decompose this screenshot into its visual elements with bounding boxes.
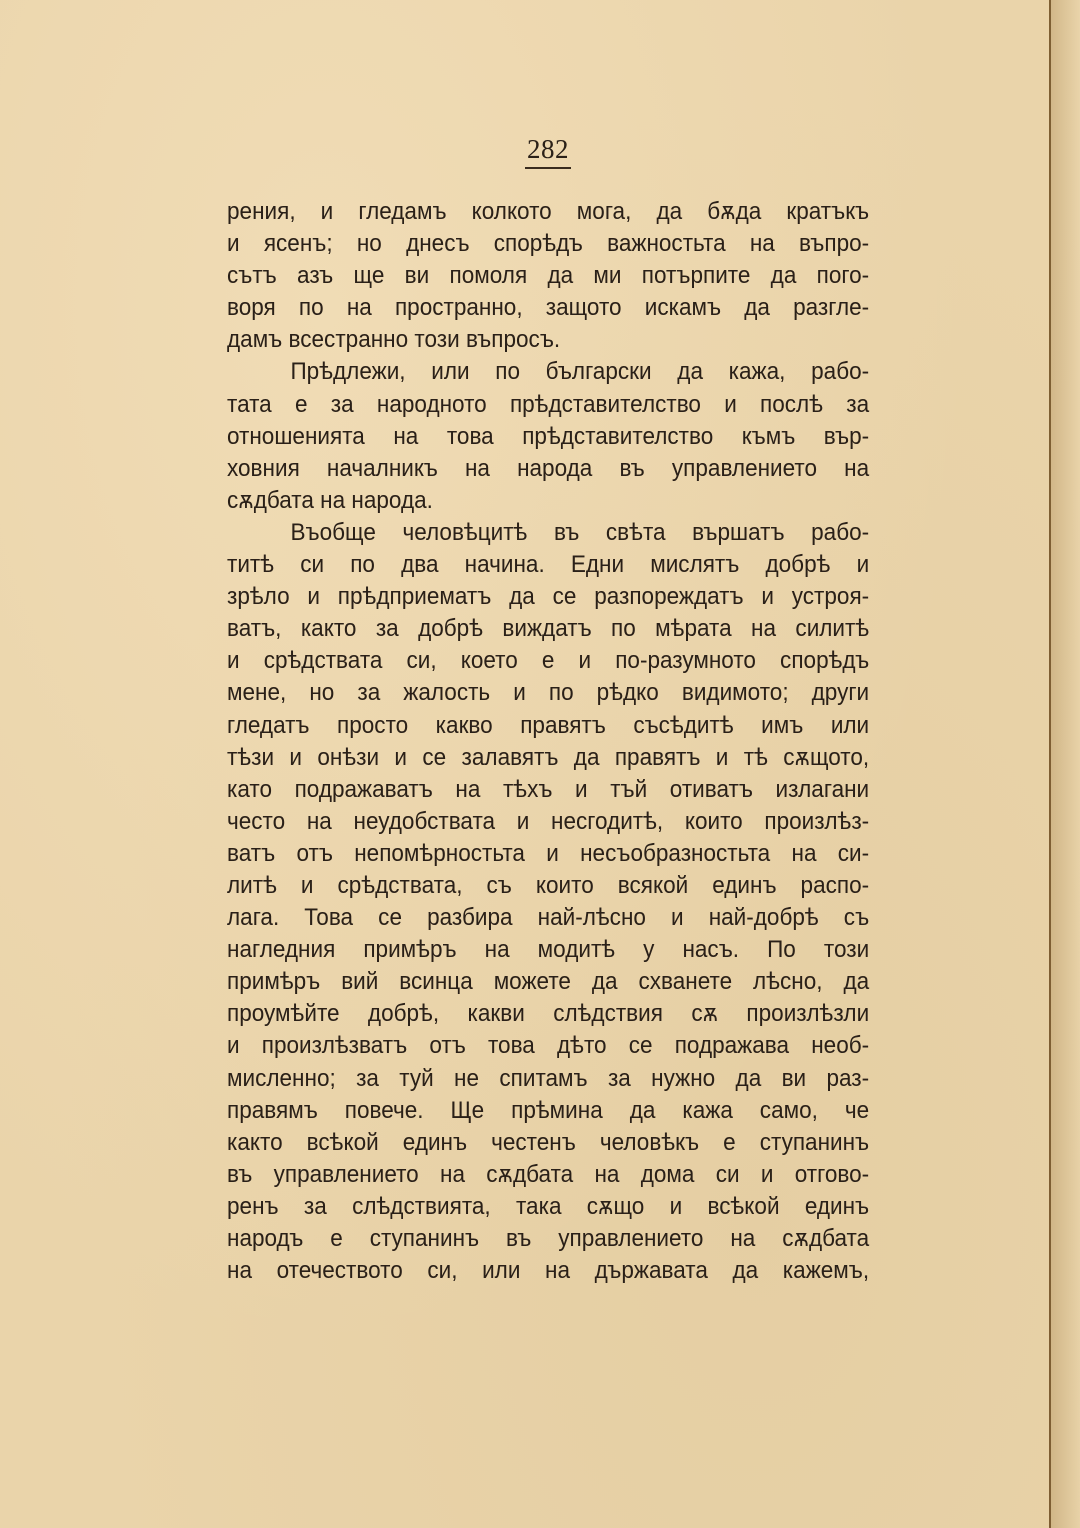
page-edge-line [1049, 0, 1051, 1528]
text-line: сътъ азъ ще ви помоля да ми потърпите да… [227, 260, 869, 292]
text-line: и произлѣзватъ отъ това дѣто се подражав… [227, 1030, 869, 1062]
text-line: Прѣдлежи, или по български да кажа, рабо… [227, 356, 869, 388]
text-line: зрѣло и прѣдприематъ да се разпореждатъ … [227, 581, 869, 613]
text-line: и ясенъ; но днесъ спорѣдъ важностьта на … [227, 228, 869, 260]
text-line: като подражаватъ на тѣхъ и тъй отиватъ и… [227, 774, 869, 806]
text-line: както всѣкой единъ честенъ человѣкъ е ст… [227, 1127, 869, 1159]
text-line: мисленно; за туй не спитамъ за нужно да … [227, 1063, 869, 1095]
text-line: нагледния примѣръ на модитѣ у насъ. По т… [227, 934, 869, 966]
text-line: въ управлението на сѫдбата на дома си и … [227, 1159, 869, 1191]
text-line: ватъ отъ непомѣрностьта и несъобразность… [227, 838, 869, 870]
page-number-rule [525, 167, 571, 169]
text-line: дамъ всестранно този въпросъ. [227, 324, 869, 356]
text-line: тата е за народното прѣдставителство и п… [227, 389, 869, 421]
paragraph-2: Прѣдлежи, или по български да кажа, рабо… [227, 356, 818, 516]
text-line: гледатъ просто какво правятъ съсѣдитѣ им… [227, 710, 869, 742]
page-edge-shadow [1051, 0, 1080, 1528]
paragraph-1: рения, и гледамъ колкото мога, да бѫда к… [227, 196, 818, 356]
page-header: 282 [498, 134, 598, 169]
text-line: титѣ си по два начина. Едни мислятъ добр… [227, 549, 869, 581]
text-line: често на неудобствата и несгодитѣ, които… [227, 806, 869, 838]
text-line: Въобще человѣцитѣ въ свѣта вършатъ рабо- [227, 517, 869, 549]
text-line: рения, и гледамъ колкото мога, да бѫда к… [227, 196, 869, 228]
text-line: ховния началникъ на народа въ управление… [227, 453, 869, 485]
text-line: и срѣдствата си, което е и по-разумното … [227, 645, 869, 677]
page-number: 282 [527, 134, 569, 164]
text-line: правямъ повече. Ще прѣмина да кажа само,… [227, 1095, 869, 1127]
text-line: ватъ, както за добрѣ виждатъ по мѣрата н… [227, 613, 869, 645]
text-line: ренъ за слѣдствията, така сѫщо и всѣкой … [227, 1191, 869, 1223]
text-line: примѣръ вий всинца можете да схванете лѣ… [227, 966, 869, 998]
text-line: отношенията на това прѣдставителство към… [227, 421, 869, 453]
paragraph-3: Въобще человѣцитѣ въ свѣта вършатъ рабо-… [227, 517, 818, 1287]
body-text: рения, и гледамъ колкото мога, да бѫда к… [227, 196, 818, 1287]
text-line: тѣзи и онѣзи и се залавятъ да правятъ и … [227, 742, 869, 774]
text-line: воря по на пространно, защото искамъ да … [227, 292, 869, 324]
text-line: сѫдбата на народа. [227, 485, 869, 517]
text-line: литѣ и срѣдствата, съ които всякой единъ… [227, 870, 869, 902]
text-line: на отечеството си, или на държавата да к… [227, 1255, 869, 1287]
text-line: народъ е ступанинъ въ управлението на сѫ… [227, 1223, 869, 1255]
text-line: мене, но за жалость и по рѣдко видимото;… [227, 677, 869, 709]
text-line: лага. Това се разбира най-лѣсно и най-до… [227, 902, 869, 934]
text-line: проумѣйте добрѣ, какви слѣдствия сѫ прои… [227, 998, 869, 1030]
